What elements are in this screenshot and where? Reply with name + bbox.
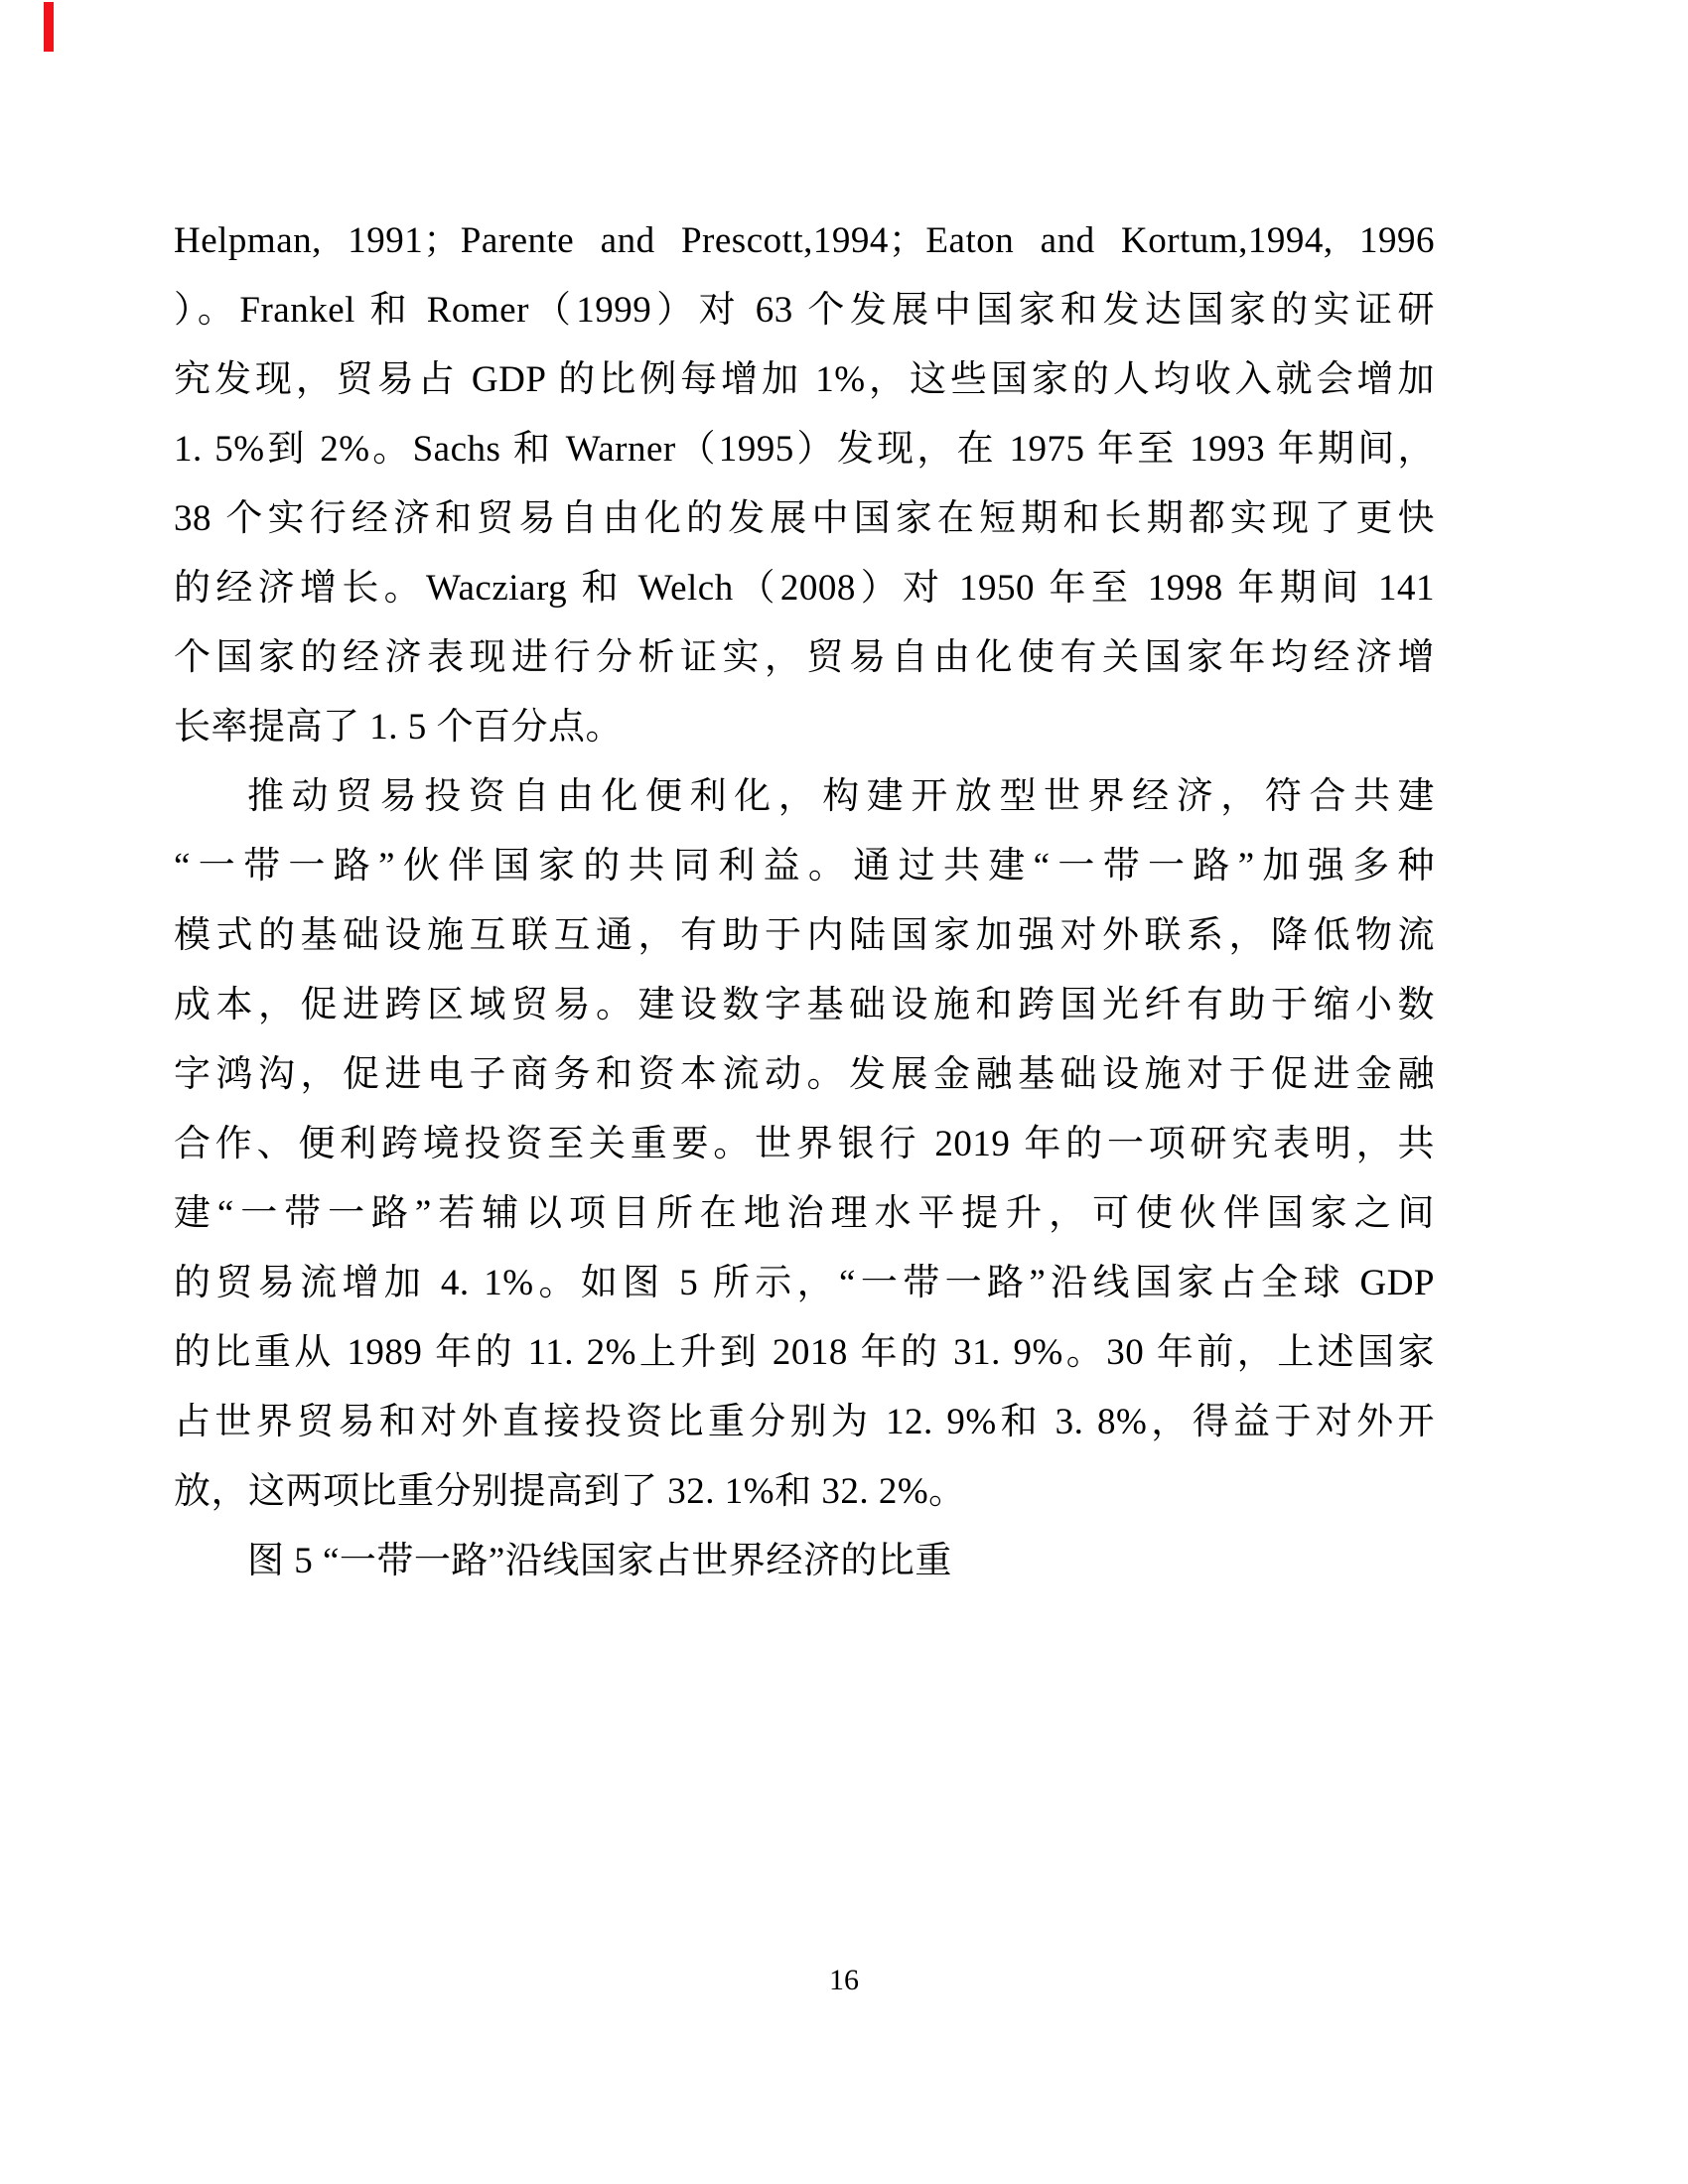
text-line: 的贸易流增加 4. 1%。如图 5 所示，“一带一路”沿线国家占全球 GDP xyxy=(174,1249,1435,1318)
text-line: 长率提高了 1. 5 个百分点。 xyxy=(174,693,1435,762)
text-line: 模式的基础设施互联互通，有助于内陆国家加强对外联系，降低物流 xyxy=(174,901,1435,971)
text-line: 究发现，贸易占 GDP 的比例每增加 1%，这些国家的人均收入就会增加 xyxy=(174,345,1435,415)
text-line: 合作、便利跨境投资至关重要。世界银行 2019 年的一项研究表明，共 xyxy=(174,1110,1435,1179)
text-line: 个国家的经济表现进行分析证实，贸易自由化使有关国家年均经济增 xyxy=(174,623,1435,693)
text-line: 字鸿沟，促进电子商务和资本流动。发展金融基础设施对于促进金融 xyxy=(174,1040,1435,1110)
text-block: Helpman, 1991；Parente and Prescott,1994；… xyxy=(174,206,1435,1596)
text-line: 放，这两项比重分别提高到了 32. 1%和 32. 2%。 xyxy=(174,1457,1435,1527)
text-line: 推动贸易投资自由化便利化，构建开放型世界经济，符合共建 xyxy=(174,762,1435,832)
text-line: 占世界贸易和对外直接投资比重分别为 12. 9%和 3. 8%，得益于对外开 xyxy=(174,1388,1435,1457)
text-line: 1. 5%到 2%。Sachs 和 Warner（1995）发现，在 1975 … xyxy=(174,415,1435,484)
text-line: 的经济增长。Wacziarg 和 Welch（2008）对 1950 年至 19… xyxy=(174,554,1435,623)
text-line: “一带一路”伙伴国家的共同利益。通过共建“一带一路”加强多种 xyxy=(174,832,1435,901)
red-scan-artifact xyxy=(44,2,54,52)
text-line: 的比重从 1989 年的 11. 2%上升到 2018 年的 31. 9%。30… xyxy=(174,1318,1435,1388)
figure-caption: 图 5 “一带一路”沿线国家占世界经济的比重 xyxy=(174,1527,1435,1596)
text-line: Helpman, 1991；Parente and Prescott,1994；… xyxy=(174,206,1435,276)
text-line: ）。Frankel 和 Romer（1999）对 63 个发展中国家和发达国家的… xyxy=(174,276,1435,345)
text-line: 建“一带一路”若辅以项目所在地治理水平提升，可使伙伴国家之间 xyxy=(174,1179,1435,1249)
document-page: Helpman, 1991；Parente and Prescott,1994；… xyxy=(0,0,1688,2184)
text-line: 38 个实行经济和贸易自由化的发展中国家在短期和长期都实现了更快 xyxy=(174,484,1435,554)
text-line: 成本，促进跨区域贸易。建设数字基础设施和跨国光纤有助于缩小数 xyxy=(174,971,1435,1040)
page-number: 16 xyxy=(0,1961,1688,2000)
